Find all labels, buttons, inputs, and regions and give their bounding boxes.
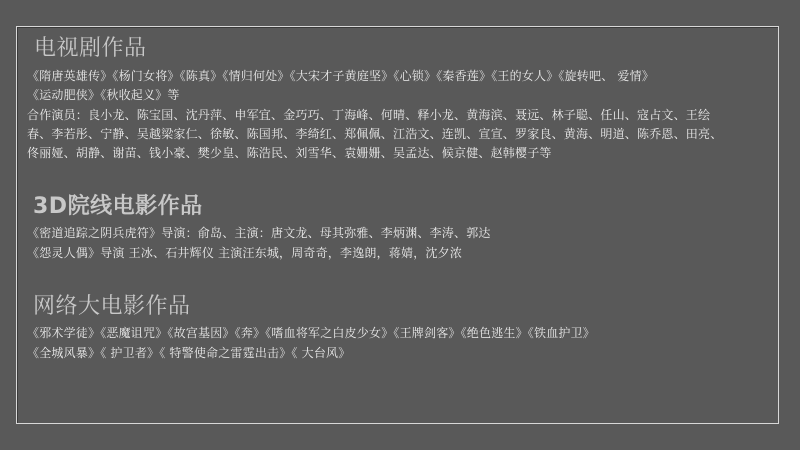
tv-works-line-1: 《隋唐英雄传》《杨门女将》《陈真》《情归何处》《大宋才子黄庭坚》《心锁》《秦香莲… [27, 68, 654, 85]
section-title-3d-films: 3D院线电影作品 [33, 189, 203, 220]
tv-cast-line-3: 佟丽娅、胡静、谢苗、钱小豪、樊少皇、陈浩民、刘雪华、袁姗姗、吴孟达、候京健、赵韩… [27, 145, 552, 162]
section-title-web-films: 网络大电影作品 [33, 289, 191, 320]
section-title-tv: 电视剧作品 [34, 31, 147, 62]
3d-film-line-2: 《怨灵人偶》导演 王冰、石井辉仪 主演汪东城，周奇奇，李逸朗，蒋婧，沈夕浓 [27, 245, 462, 262]
tv-cast-line-1: 合作演员：良小龙、陈宝国、沈丹萍、申军宜、金巧巧、丁海峰、何晴、释小龙、黄海滨、… [27, 107, 710, 124]
3d-film-line-1: 《密道追踪之阴兵虎符》导演：俞岛、主演：唐文龙、母其弥雅、李炳渊、李涛、郭达 [27, 225, 491, 242]
web-film-line-2: 《全城风暴》《 护卫者》《 特警使命之雷霆出击》《 大台风》 [27, 345, 350, 362]
web-film-line-1: 《邪术学徒》《恶魔诅咒》《故宫基因》《奔》《嗜血将军之白皮少女》《王牌剑客》《绝… [27, 325, 595, 342]
tv-cast-line-2: 春、李若彤、宁静、吴越梁家仁、徐敏、陈国邦、李绮红、郑佩佩、江浩文、连凯、宣宣、… [27, 126, 722, 143]
tv-works-line-2: 《运动肥侠》《秋收起义》等 [27, 87, 180, 104]
